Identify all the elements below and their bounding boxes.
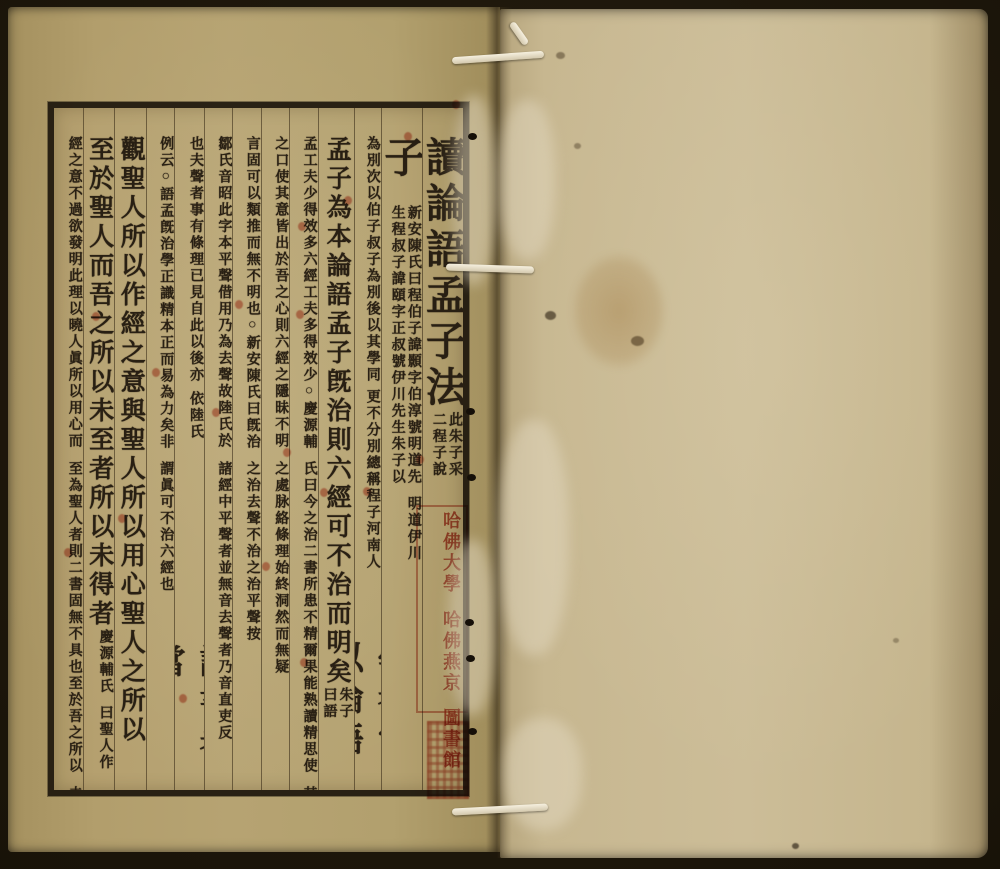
main-text: 讀書者當 bbox=[174, 644, 204, 784]
book-scan: 讀論語孟子法此朱子采二程子說程子曰新安陳氏曰程伯子諱顥字伯淳號明道先生程叔子諱頤… bbox=[0, 0, 1000, 869]
text-column: 經之意不過欲發明此理以曉人眞所以用心而至為聖人者則二書固無不具也至於吾之所以未至… bbox=[54, 108, 83, 790]
annotation-text: 孟工夫少得效多六經工夫多得效少○慶源輔氏曰今之治二書所患不精爾果能熟讀精思使其言… bbox=[291, 136, 316, 784]
repair-patch bbox=[500, 100, 555, 260]
reading-mark bbox=[404, 132, 412, 141]
reading-mark bbox=[344, 196, 352, 205]
annotation-text: 經之意不過欲發明此理以曉人眞所以用心而至為聖人者則二書固無不具也至於吾之所以未至… bbox=[55, 136, 82, 784]
water-stain bbox=[553, 238, 685, 400]
reading-mark bbox=[262, 562, 270, 571]
text-column: 孟工夫少得效多六經工夫多得效少○慶源輔氏曰今之治二書所患不精爾果能熟讀精思使其言… bbox=[289, 108, 317, 790]
text-column: 也夫聲者事有條理已見自此以後亦依陸氏讀書者當 bbox=[174, 108, 204, 790]
repair-patch bbox=[499, 420, 569, 655]
main-text: 觀聖人所以作經之意與聖人所以用心聖人之所以 bbox=[114, 136, 146, 745]
reading-mark bbox=[283, 448, 291, 457]
stitch-hole bbox=[467, 474, 476, 481]
text-column: 鄒氏音昭此字本平聲借用乃為去聲故陸氏於諸經中平聲者並無音去聲者乃音直吏反 bbox=[204, 108, 232, 790]
stitch-hole bbox=[468, 133, 477, 140]
reading-mark bbox=[64, 548, 72, 557]
annotation-text: 言固可以類推而無不明也○新安陳氏曰旣治之治去聲不治之治平聲按 bbox=[234, 136, 259, 784]
left-page: 讀論語孟子法此朱子采二程子說程子曰新安陳氏曰程伯子諱顥字伯淳號明道先生程叔子諱頤… bbox=[8, 7, 500, 852]
text-column: 為別次以伯子叔子為別後以其學同更不分別總稱程子河南人學者當以論語 bbox=[354, 108, 381, 790]
reading-mark bbox=[296, 310, 304, 319]
annotation-text: 為別次以伯子叔子為別後以其學同更不分別總稱程子河南人 bbox=[356, 136, 380, 640]
stitch-hole bbox=[466, 655, 475, 662]
annotation-text: 朱子曰語 bbox=[320, 687, 353, 773]
reading-mark bbox=[118, 514, 126, 523]
reading-mark bbox=[320, 488, 328, 497]
reading-mark bbox=[92, 312, 100, 321]
stitch-hole bbox=[468, 728, 477, 735]
reading-mark bbox=[363, 487, 371, 496]
collector-seal bbox=[427, 721, 469, 799]
main-text: 程子曰 bbox=[381, 136, 422, 205]
main-text: 學者當以論語 bbox=[354, 640, 381, 784]
repair-patch bbox=[504, 718, 582, 830]
reading-mark bbox=[179, 694, 187, 703]
ink-speck bbox=[631, 336, 644, 346]
repair-patch bbox=[453, 95, 495, 285]
annotation-text: 之口使其意皆出於吾之心則六經之隱昧不明之處脉絡條理始終洞然而無疑 bbox=[263, 136, 288, 784]
text-columns: 讀論語孟子法此朱子采二程子說程子曰新安陳氏曰程伯子諱顥字伯淳號明道先生程叔子諱頤… bbox=[54, 108, 463, 790]
text-column: 觀聖人所以作經之意與聖人所以用心聖人之所以 bbox=[114, 108, 146, 790]
reading-mark bbox=[235, 300, 243, 309]
annotation-text: 例云○語孟旣治學正識精本正而易為力矣非謂眞可不治六經也 bbox=[148, 136, 173, 784]
ink-speck bbox=[556, 52, 565, 59]
ink-speck bbox=[574, 143, 581, 149]
main-text: 孟子為本論語孟子旣治則六經可不治而明矣 bbox=[318, 136, 354, 687]
stitch-hole bbox=[466, 408, 475, 415]
reading-mark bbox=[152, 368, 160, 377]
text-column: 孟子為本論語孟子旣治則六經可不治而明矣朱子曰語 bbox=[318, 108, 354, 790]
text-column: 至於聖人而吾之所以未至者所以未得者慶源輔氏曰聖人作 bbox=[83, 108, 114, 790]
text-column: 言固可以類推而無不明也○新安陳氏曰旣治之治去聲不治之治平聲按 bbox=[232, 108, 260, 790]
reading-mark bbox=[300, 658, 308, 667]
stitch-hole bbox=[465, 619, 474, 626]
reading-mark bbox=[416, 455, 424, 464]
text-column: 例云○語孟旣治學正識精本正而易為力矣非謂眞可不治六經也 bbox=[146, 108, 174, 790]
reading-mark bbox=[212, 408, 220, 417]
annotation-text: 鄒氏音昭此字本平聲借用乃為去聲故陸氏於諸經中平聲者並無音去聲者乃音直吏反 bbox=[206, 136, 231, 784]
ink-speck bbox=[792, 843, 799, 849]
annotation-text: 也夫聲者事有條理已見自此以後亦依陸氏 bbox=[176, 136, 203, 644]
ink-speck bbox=[545, 311, 556, 320]
reading-mark bbox=[452, 100, 460, 109]
ink-speck bbox=[893, 638, 899, 643]
annotation-text: 慶源輔氏曰聖人作 bbox=[85, 629, 113, 779]
repair-patch bbox=[449, 540, 495, 715]
right-page bbox=[500, 9, 988, 858]
reading-mark bbox=[298, 222, 306, 231]
text-block-frame: 讀論語孟子法此朱子采二程子說程子曰新安陳氏曰程伯子諱顥字伯淳號明道先生程叔子諱頤… bbox=[48, 102, 469, 796]
main-text: 至於聖人而吾之所以未至者所以未得者 bbox=[83, 136, 114, 629]
